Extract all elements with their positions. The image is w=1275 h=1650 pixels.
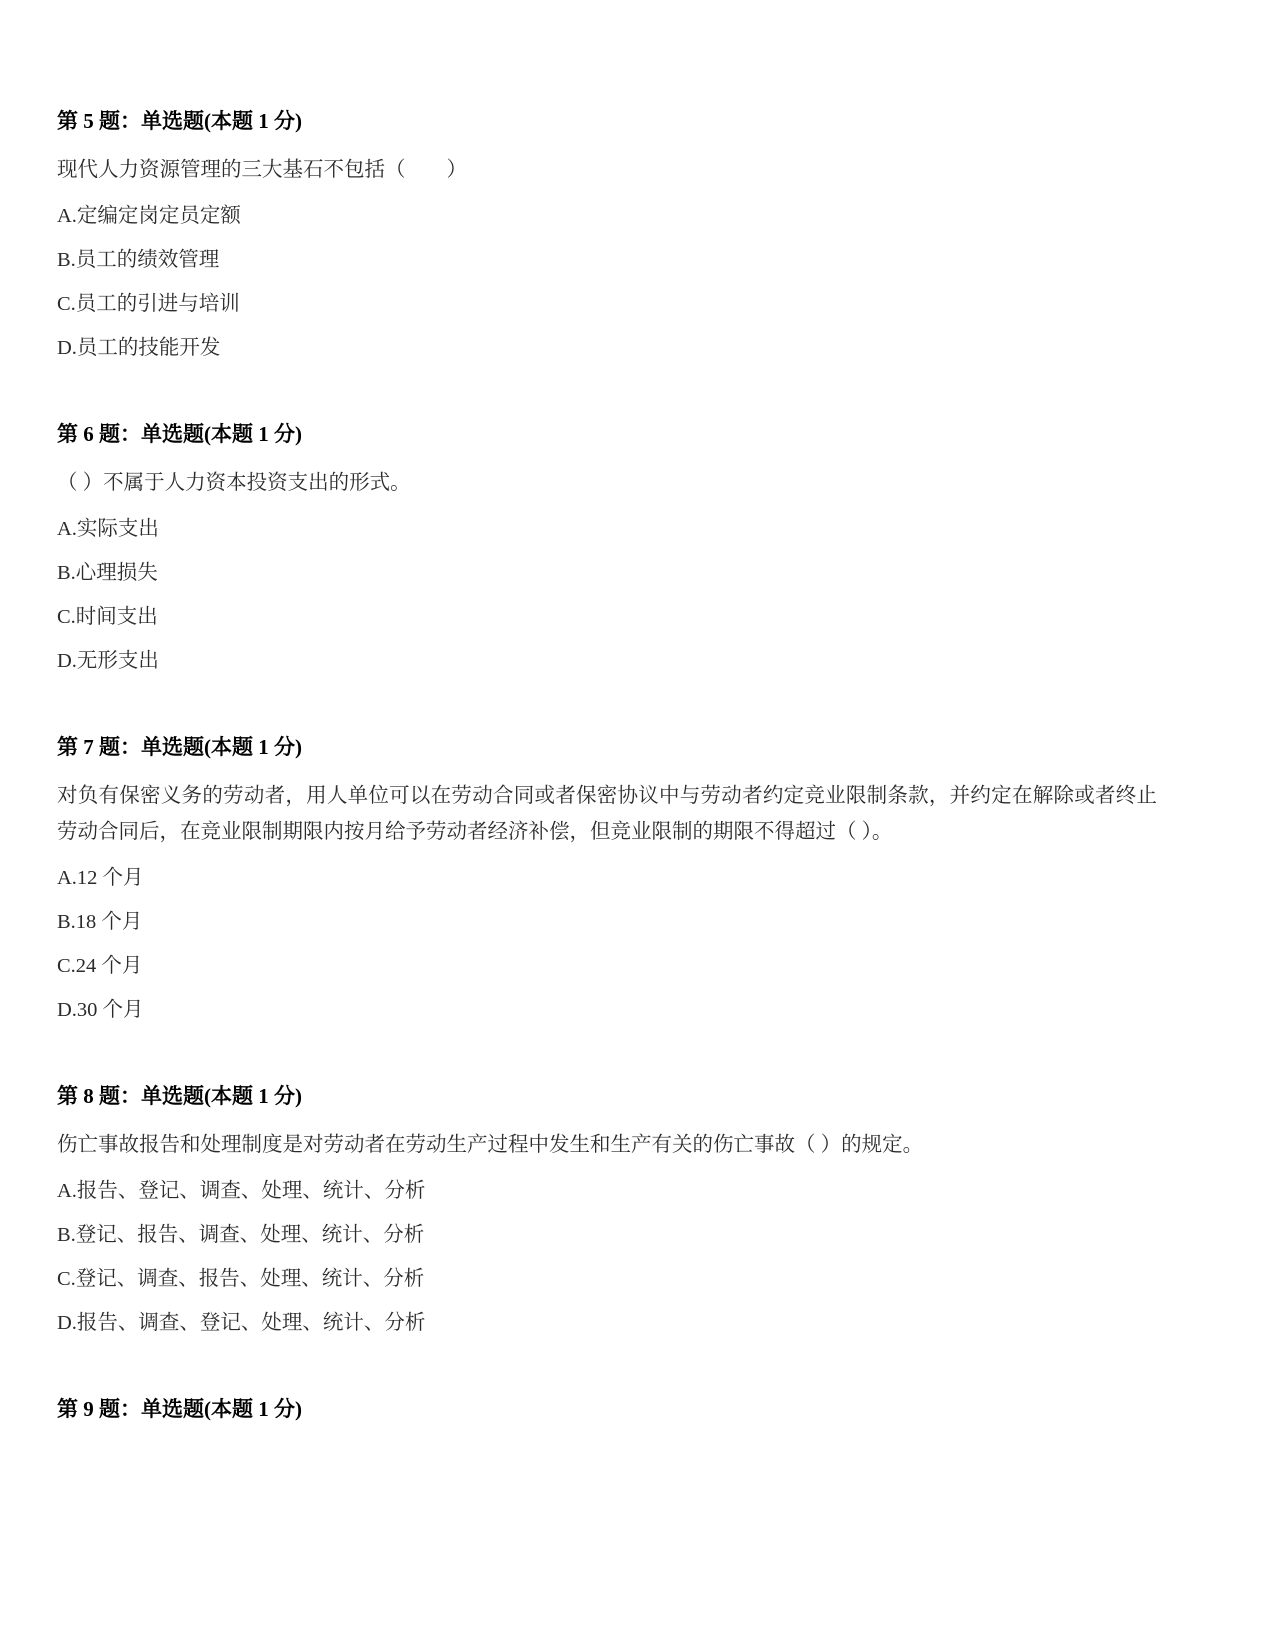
question-9: 第 9 题：单选题(本题 1 分) (57, 1391, 1157, 1427)
question-8-header: 第 8 题：单选题(本题 1 分) (57, 1078, 1157, 1114)
exam-document-page: 第 5 题：单选题(本题 1 分) 现代人力资源管理的三大基石不包括（ ） A.… (0, 0, 1275, 1650)
question-7-header: 第 7 题：单选题(本题 1 分) (57, 729, 1157, 765)
question-6: 第 6 题：单选题(本题 1 分) （ ）不属于人力资本投资支出的形式。 A.实… (57, 416, 1157, 679)
question-7-option-a: A.12 个月 (57, 860, 1157, 896)
question-5-option-a: A.定编定岗定员定额 (57, 198, 1157, 234)
question-8-option-a: A.报告、登记、调查、处理、统计、分析 (57, 1173, 1157, 1209)
question-6-header: 第 6 题：单选题(本题 1 分) (57, 416, 1157, 452)
question-7-option-d: D.30 个月 (57, 992, 1157, 1028)
question-7-option-b: B.18 个月 (57, 904, 1157, 940)
question-6-option-b: B.心理损失 (57, 555, 1157, 591)
question-5-option-c: C.员工的引进与培训 (57, 286, 1157, 322)
question-6-option-d: D.无形支出 (57, 643, 1157, 679)
question-7-text: 对负有保密义务的劳动者，用人单位可以在劳动合同或者保密协议中与劳动者约定竞业限制… (57, 778, 1157, 850)
question-5-option-d: D.员工的技能开发 (57, 330, 1157, 366)
question-9-header: 第 9 题：单选题(本题 1 分) (57, 1391, 1157, 1427)
question-8: 第 8 题：单选题(本题 1 分) 伤亡事故报告和处理制度是对劳动者在劳动生产过… (57, 1078, 1157, 1341)
question-5: 第 5 题：单选题(本题 1 分) 现代人力资源管理的三大基石不包括（ ） A.… (57, 103, 1157, 366)
question-8-option-d: D.报告、调查、登记、处理、统计、分析 (57, 1305, 1157, 1341)
question-8-option-b: B.登记、报告、调查、处理、统计、分析 (57, 1217, 1157, 1253)
question-6-option-a: A.实际支出 (57, 511, 1157, 547)
question-8-text: 伤亡事故报告和处理制度是对劳动者在劳动生产过程中发生和生产有关的伤亡事故（ ）的… (57, 1127, 1157, 1163)
question-5-option-b: B.员工的绩效管理 (57, 242, 1157, 278)
question-7: 第 7 题：单选题(本题 1 分) 对负有保密义务的劳动者，用人单位可以在劳动合… (57, 729, 1157, 1028)
question-5-header: 第 5 题：单选题(本题 1 分) (57, 103, 1157, 139)
question-8-option-c: C.登记、调查、报告、处理、统计、分析 (57, 1261, 1157, 1297)
question-6-text: （ ）不属于人力资本投资支出的形式。 (57, 465, 1157, 501)
question-7-option-c: C.24 个月 (57, 948, 1157, 984)
question-5-text: 现代人力资源管理的三大基石不包括（ ） (57, 152, 1157, 188)
question-6-option-c: C.时间支出 (57, 599, 1157, 635)
